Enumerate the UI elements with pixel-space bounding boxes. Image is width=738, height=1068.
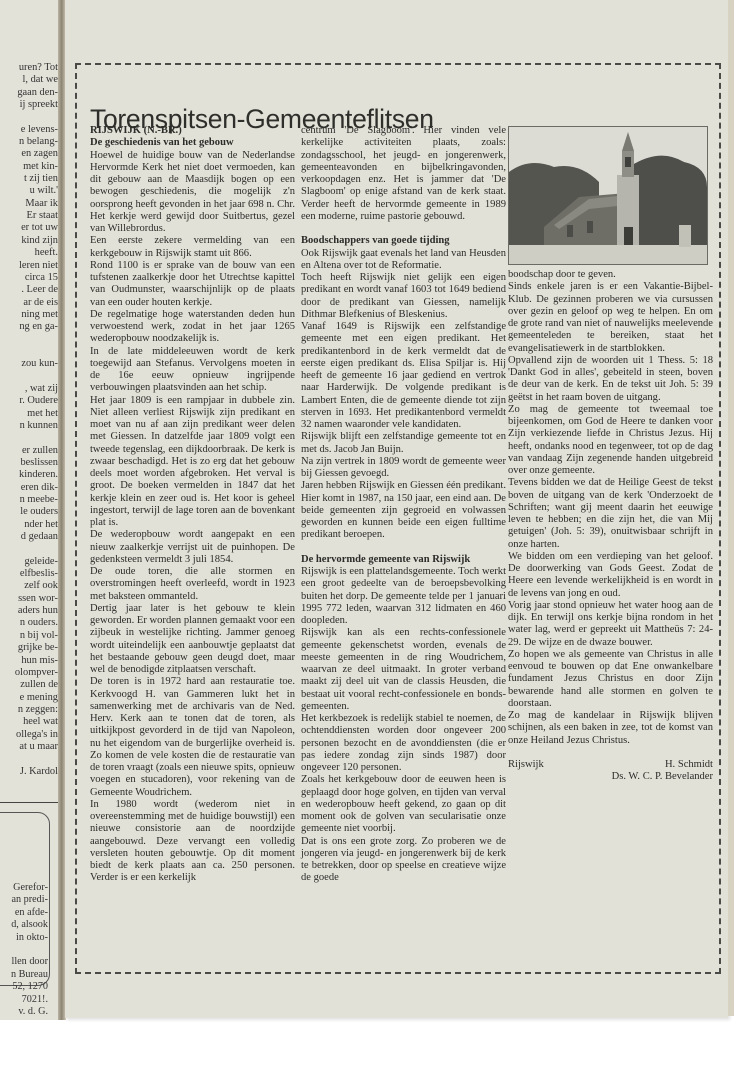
paragraph: Rond 1100 is er sprake van de bouw van e… [90,260,295,309]
paragraph: De toren is in 1972 hard aan restauratie… [90,676,295,799]
previous-page-box-line: 7021!. [11,994,48,1006]
previous-page-line: leren niet [0,260,58,272]
previous-page-line: zullen de [0,679,58,691]
previous-page-line: ning met [0,309,58,321]
previous-page-line: , wat zij [0,383,58,395]
previous-page-line: nder het [0,519,58,531]
paragraph: Zoals het kerkgebouw door de eeuwen heen… [301,774,506,835]
paragraph-gap [301,223,506,235]
signature-author-1: H. Schmidt [665,759,713,771]
previous-page-line [0,371,58,383]
previous-page-line: heel wat [0,716,58,728]
previous-page-line: beslissen [0,457,58,469]
previous-page-line: en zagen [0,148,58,160]
previous-page-box-line [11,944,48,956]
paragraph: Na zijn vertrek in 1809 wordt de gemeent… [301,456,506,481]
previous-page-line: circa 15 [0,272,58,284]
previous-page-line: geleide- [0,556,58,568]
paragraph: Zo mag de kandelaar in Rijswijk blijven … [508,710,713,747]
previous-page-line: heeft. [0,247,58,259]
previous-page-box-line: in okto- [11,932,48,944]
previous-page-line: kinderen. [0,469,58,481]
paragraph: Zo hopen we als gemeente van Christus in… [508,649,713,710]
previous-page-fragment: uren? Totl, dat wegaan den-ij spreekte l… [0,0,62,1020]
signature-place: Rijswijk [508,759,544,771]
previous-page-line: at u maar [0,741,58,753]
paragraph: Hoewel de huidige bouw van de Nederlands… [90,150,295,236]
paragraph: Rijswijk blijft een zelfstandige gemeent… [301,431,506,456]
paragraph: Een eerste zekere vermelding van een ker… [90,235,295,260]
signature-line: Rijswijk H. Schmidt [508,759,713,771]
previous-page-line: le ouders [0,506,58,518]
previous-page-line: kind zijn [0,235,58,247]
paragraph: Rijswijk kan als een rechts-confessionel… [301,627,506,713]
previous-page-line: e levens- [0,124,58,136]
previous-page-line: d gedaan [0,531,58,543]
previous-page-box-line: Gerefor- [11,882,48,894]
previous-page-line: ng en ga- [0,321,58,333]
article-column-3: boodschap door te geven.Sinds enkele jar… [508,269,713,783]
previous-page-line: ar de eis [0,297,58,309]
section-heading: De geschiedenis van het gebouw [90,137,295,149]
previous-page-line [0,111,58,123]
previous-page-line: n belang- [0,136,58,148]
previous-page-line: er zullen [0,445,58,457]
previous-page-line: . Leer de [0,284,58,296]
previous-page-line: n meebe- [0,494,58,506]
previous-page-box-line: llen door [11,956,48,968]
paragraph: Opvallend zijn de woorden uit 1 Thess. 5… [508,355,713,404]
previous-page-line: t zij tien [0,173,58,185]
paragraph: Vorig jaar stond opnieuw het water hoog … [508,600,713,649]
previous-page-box-line: n Bureau [11,969,48,981]
previous-page-line: zou kun- [0,358,58,370]
previous-page-line: uren? Tot [0,62,58,74]
location-heading: RIJSWIJK (N.-BR.) [90,125,295,137]
previous-page-text: uren? Totl, dat wegaan den-ij spreekte l… [0,62,58,778]
previous-page-line: gaan den- [0,87,58,99]
previous-page-line: zelf ook [0,580,58,592]
previous-page-line: n kunnen [0,420,58,432]
previous-page-line: elfbeslis- [0,568,58,580]
previous-page-line: met kin- [0,161,58,173]
previous-page-line [0,432,58,444]
previous-page-line [0,334,58,346]
previous-page-line: aders hun [0,605,58,617]
paragraph: boodschap door te geven. [508,269,713,281]
previous-page-line: J. Kardol [0,766,58,778]
paragraph: In de late middeleeuwen wordt de kerk to… [90,346,295,395]
paragraph: In 1980 wordt (wederom niet in overeenst… [90,799,295,885]
section-heading: Boodschappers van goede tijding [301,235,506,247]
church-photo-icon [509,127,707,264]
paragraph: Dat is ons een grote zorg. Zo proberen w… [301,836,506,885]
previous-page-box-line: v. d. G. [11,1006,48,1018]
paragraph: Dertig jaar later is het gebouw te klein… [90,603,295,677]
article-column-2: centrum 'De Slagboom'. Hier vinden vele … [301,125,506,885]
previous-page-line: Er staat [0,210,58,222]
paragraph: Ook Rijswijk gaat evenals het land van H… [301,248,506,273]
paragraph: Toch heeft Rijswijk niet gelijk een eige… [301,272,506,321]
previous-page-line: u wilt.' [0,185,58,197]
signature-author-2: Ds. W. C. P. Bevelander [508,771,713,783]
previous-page-box-line: d, alsook [11,919,48,931]
previous-page-line: l, dat we [0,74,58,86]
previous-page-rule [0,802,62,803]
previous-page-box-line: 52, 1270 [11,981,48,993]
previous-page-line: ssen wor- [0,593,58,605]
previous-page-line: r. Oudere [0,395,58,407]
paragraph-gap [301,542,506,554]
previous-page-line: n ouders. [0,617,58,629]
paragraph: Rijswijk is een plattelandsgemeente. Toc… [301,566,506,627]
previous-page-line: e mening [0,692,58,704]
paragraph: De regelmatige hoge waterstanden deden h… [90,309,295,346]
paragraph: De oude toren, die alle stormen en overs… [90,566,295,603]
paragraph: Tevens bidden we dat de Heilige Geest de… [508,477,713,551]
previous-page-line: ollega's in [0,729,58,741]
previous-page-line: Maar ik [0,198,58,210]
paragraph: Jaren hebben Rijswijk en Giessen één pre… [301,480,506,541]
paragraph: Vanaf 1649 is Rijswijk een zelfstandige … [301,321,506,431]
previous-page-line: ij spreekt [0,99,58,111]
previous-page-line: eren dik- [0,482,58,494]
previous-page-line [0,346,58,358]
previous-page-line: grijke be- [0,642,58,654]
magazine-page: Torenspitsen-Gemeenteflitsen RIJSWIJK (N… [65,0,728,1018]
paragraph: De wederopbouw wordt aangepakt en een ni… [90,529,295,566]
section-heading: De hervormde gemeente van Rijswijk [301,554,506,566]
previous-page-line: er tot uw [0,222,58,234]
previous-page-line [0,753,58,765]
article-column-1: RIJSWIJK (N.-BR.) De geschiedenis van he… [90,125,295,885]
previous-page-line: met het [0,408,58,420]
paragraph: centrum 'De Slagboom'. Hier vinden vele … [301,125,506,223]
previous-page-line: n zeggen: [0,704,58,716]
previous-page-box-line: en afde- [11,907,48,919]
paragraph: Het kerkbezoek is redelijk stabiel te no… [301,713,506,774]
paragraph: We bidden om een verdieping van het gelo… [508,551,713,600]
previous-page-line: n bij vol- [0,630,58,642]
paragraph: Het jaar 1809 is een rampjaar in dubbele… [90,395,295,530]
previous-page-line [0,543,58,555]
previous-page-line: olompver- [0,667,58,679]
previous-page-box-line: an predi- [11,894,48,906]
page-edge [728,0,734,1016]
paragraph: Sinds enkele jaren is er een Vakantie-Bi… [508,281,713,355]
church-photo [508,126,708,265]
paragraph: Zo mag de gemeente tot tweemaal toe bije… [508,404,713,478]
previous-page-box-text: Gerefor-an predi-en afde-d, alsookin okt… [11,882,48,1018]
previous-page-line: hun mis- [0,655,58,667]
